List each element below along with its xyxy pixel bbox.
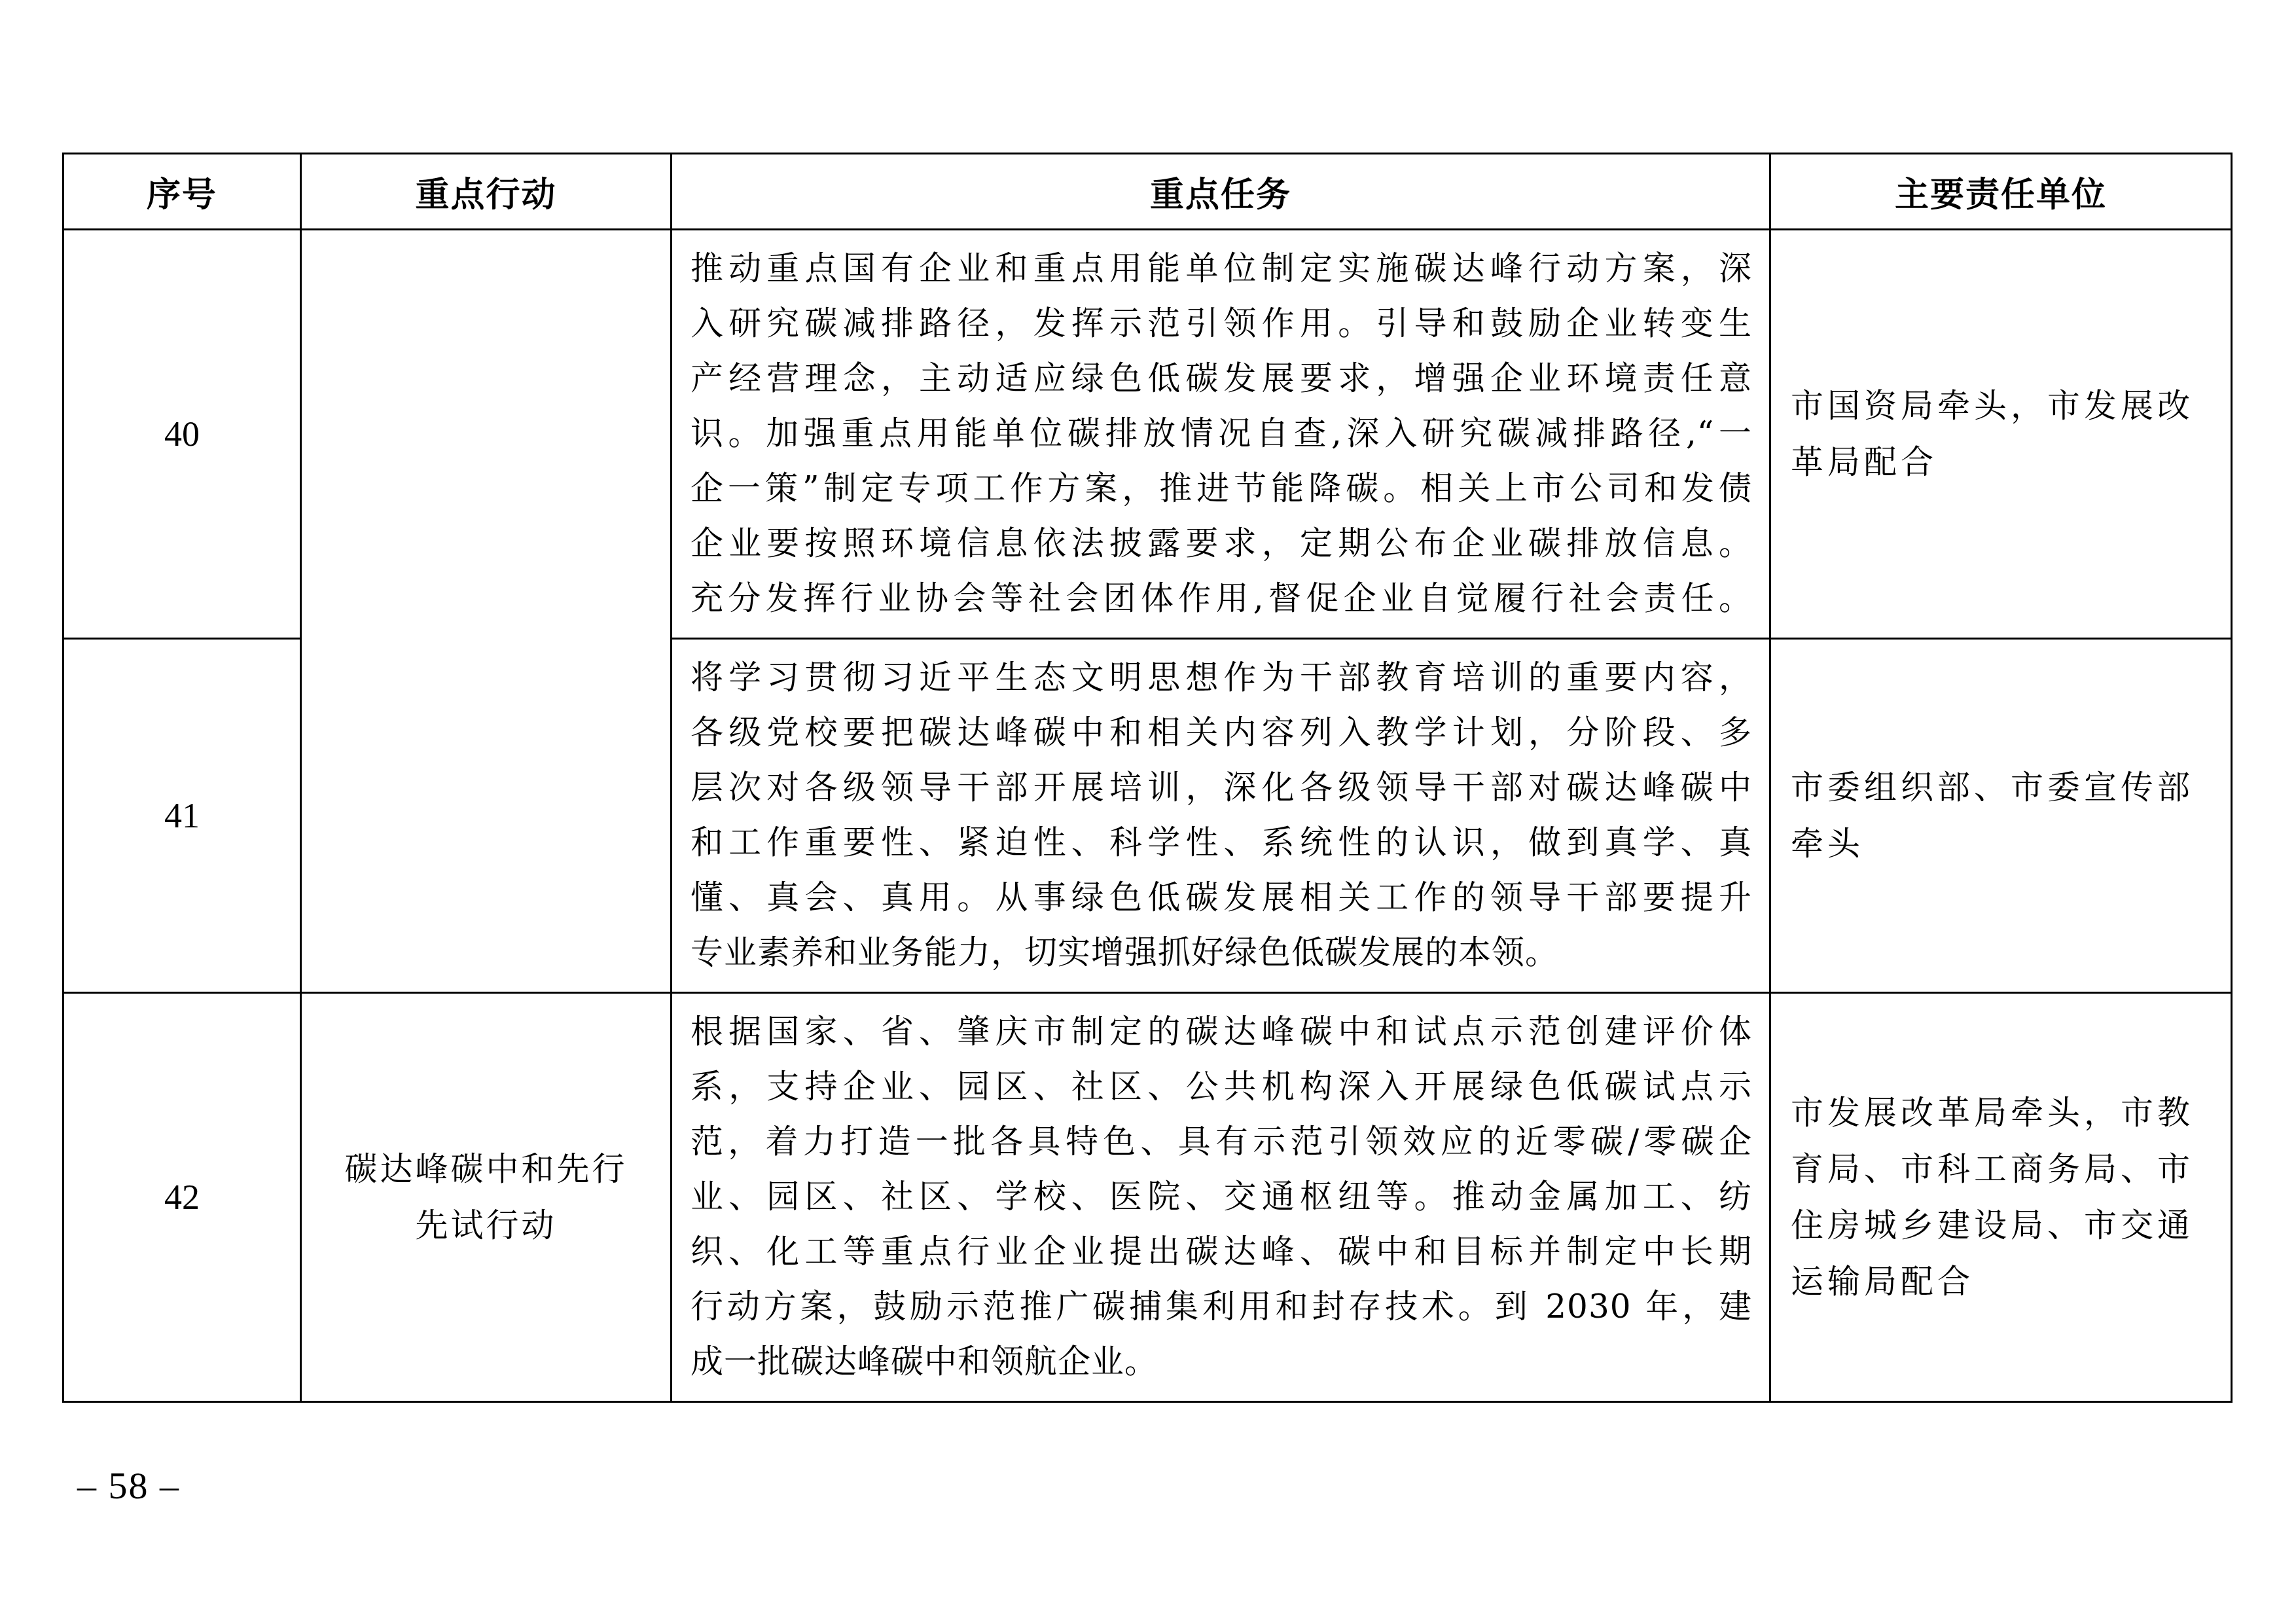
unit-line: 革局配合 (1791, 434, 2217, 490)
action-cell-merged (301, 230, 672, 993)
action-cell: 碳达峰碳中和先行 先试行动 (301, 993, 672, 1402)
task-line: 系，支持企业、园区、社区、公共机构深入开展绿色低碳试点示 (691, 1059, 1752, 1114)
unit-line: 育局、市科工商务局、市 (1791, 1141, 2217, 1197)
header-action: 重点行动 (301, 154, 672, 230)
header-task: 重点任务 (672, 154, 1770, 230)
task-line: 企一策”制定专项工作方案，推进节能降碳。相关上市公司和发债 (691, 461, 1752, 516)
task-line: 各级党校要把碳达峰碳中和相关内容列入教学计划，分阶段、多 (691, 705, 1752, 760)
task-line: 懂、真会、真用。从事绿色低碳发展相关工作的领导干部要提升 (691, 870, 1752, 925)
unit-cell: 市国资局牵头，市发展改 革局配合 (1770, 230, 2232, 639)
unit-cell: 市委组织部、市委宣传部 牵头 (1770, 639, 2232, 993)
task-line: 推动重点国有企业和重点用能单位制定实施碳达峰行动方案，深 (691, 241, 1752, 296)
task-line: 识。加强重点用能单位碳排放情况自查,深入研究碳减排路径,“一 (691, 406, 1752, 461)
seq-cell: 41 (63, 639, 301, 993)
task-cell: 将学习贯彻习近平生态文明思想作为干部教育培训的重要内容， 各级党校要把碳达峰碳中… (672, 639, 1770, 993)
unit-line: 市委组织部、市委宣传部 (1791, 759, 2217, 816)
header-unit: 主要责任单位 (1770, 154, 2232, 230)
page-number: – 58 – (77, 1464, 180, 1507)
unit-line: 市国资局牵头，市发展改 (1791, 378, 2217, 434)
task-cell: 推动重点国有企业和重点用能单位制定实施碳达峰行动方案，深 入研究碳减排路径，发挥… (672, 230, 1770, 639)
header-seq: 序号 (63, 154, 301, 230)
task-line: 企业要按照环境信息依法披露要求，定期公布企业碳排放信息。 (691, 516, 1752, 571)
task-line: 根据国家、省、肇庆市制定的碳达峰碳中和试点示范创建评价体 (691, 1004, 1752, 1059)
table-row: 40 推动重点国有企业和重点用能单位制定实施碳达峰行动方案，深 入研究碳减排路径… (63, 230, 2232, 639)
unit-line: 住房城乡建设局、市交通 (1791, 1197, 2217, 1254)
task-line: 业、园区、社区、学校、医院、交通枢纽等。推动金属加工、纺 (691, 1169, 1752, 1224)
table-header-row: 序号 重点行动 重点任务 主要责任单位 (63, 154, 2232, 230)
task-line: 充分发挥行业协会等社会团体作用,督促企业自觉履行社会责任。 (691, 571, 1752, 626)
action-task-table: 序号 重点行动 重点任务 主要责任单位 40 推动重点国有企业和重点用能单位制定… (62, 153, 2233, 1403)
task-line: 入研究碳减排路径，发挥示范引领作用。引导和鼓励企业转变生 (691, 296, 1752, 351)
task-cell: 根据国家、省、肇庆市制定的碳达峰碳中和试点示范创建评价体 系，支持企业、园区、社… (672, 993, 1770, 1402)
task-line: 将学习贯彻习近平生态文明思想作为干部教育培训的重要内容， (691, 650, 1752, 705)
seq-cell: 42 (63, 993, 301, 1402)
task-line: 织、化工等重点行业企业提出碳达峰、碳中和目标并制定中长期 (691, 1224, 1752, 1279)
unit-line: 运输局配合 (1791, 1254, 2217, 1310)
seq-cell: 40 (63, 230, 301, 639)
task-line: 成一批碳达峰碳中和领航企业。 (691, 1334, 1752, 1389)
unit-cell: 市发展改革局牵头，市教 育局、市科工商务局、市 住房城乡建设局、市交通 运输局配… (1770, 993, 2232, 1402)
table-row: 42 碳达峰碳中和先行 先试行动 根据国家、省、肇庆市制定的碳达峰碳中和试点示范… (63, 993, 2232, 1402)
task-line: 范，着力打造一批各具特色、具有示范引领效应的近零碳/零碳企 (691, 1114, 1752, 1169)
task-line: 和工作重要性、紧迫性、科学性、系统性的认识，做到真学、真 (691, 815, 1752, 870)
task-line: 行动方案，鼓励示范推广碳捕集利用和封存技术。到 2030 年，建 (691, 1279, 1752, 1334)
action-line: 碳达峰碳中和先行 (321, 1141, 651, 1197)
unit-line: 市发展改革局牵头，市教 (1791, 1085, 2217, 1141)
action-line: 先试行动 (321, 1197, 651, 1254)
task-line: 产经营理念，主动适应绿色低碳发展要求，增强企业环境责任意 (691, 351, 1752, 406)
task-line: 层次对各级领导干部开展培训，深化各级领导干部对碳达峰碳中 (691, 760, 1752, 815)
task-line: 专业素养和业务能力，切实增强抓好绿色低碳发展的本领。 (691, 925, 1752, 980)
unit-line: 牵头 (1791, 816, 2217, 872)
